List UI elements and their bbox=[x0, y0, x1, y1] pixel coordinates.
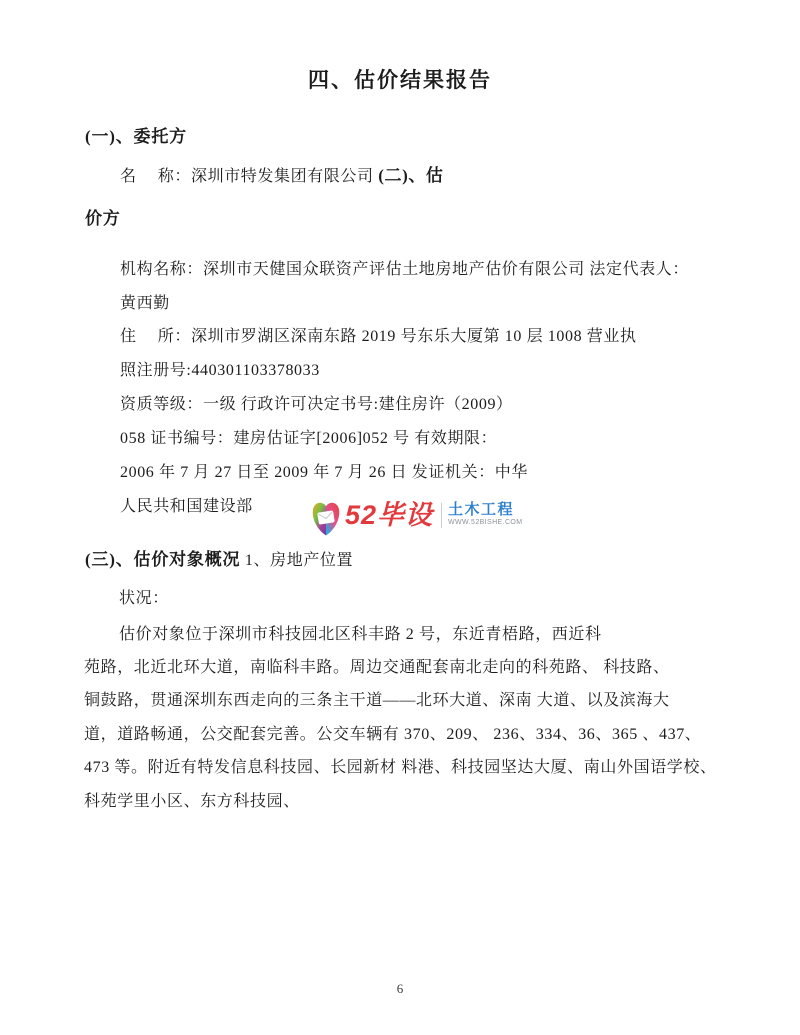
section-heading-overview-bold: (三)、估价对象概况 bbox=[85, 550, 240, 569]
location-para-line-5: 473 等。附近有特发信息科技园、长园新材 料港、科技园坚达大厦、南山外国语学校… bbox=[84, 757, 717, 779]
client-name-text: 名 称：深圳市特发集团有限公司 bbox=[120, 168, 378, 185]
logo-url-text: WWW.52BISHE.COM bbox=[448, 518, 522, 527]
section-heading-gujiafang-part1: (二)、估 bbox=[378, 166, 443, 185]
client-name-line: 名 称：深圳市特发集团有限公司 (二)、估 bbox=[120, 165, 444, 188]
location-para-line-4: 道，道路畅通，公交配套完善。公交车辆有 370、209、 236、334、36、… bbox=[84, 724, 701, 746]
brand-heart-icon bbox=[311, 500, 341, 542]
address-line: 住 所：深圳市罗湖区深南东路 2019 号东乐大厦第 10 层 1008 营业执 bbox=[120, 326, 637, 348]
license-number-line: 照注册号:440301103378033 bbox=[120, 360, 320, 382]
status-label: 状况： bbox=[119, 588, 169, 610]
certificate-line: 058 证书编号：建房估证字[2006]052 号 有效期限： bbox=[120, 428, 497, 450]
section-heading-weituofang: (一)、委托方 bbox=[85, 126, 187, 148]
section-heading-gujiafang-part2: 价方 bbox=[85, 208, 121, 230]
section-heading-overview-normal: 1、房地产位置 bbox=[240, 552, 353, 569]
52bishe-logo: 52毕设 土木工程 WWW.52BISHE.COM bbox=[311, 497, 523, 542]
legal-rep-line: 黄西勤 bbox=[120, 293, 170, 315]
page-title: 四、估价结果报告 bbox=[0, 64, 800, 94]
logo-divider bbox=[441, 503, 442, 528]
issuing-authority-line: 人民共和国建设部 bbox=[120, 496, 253, 518]
location-para-line-1: 估价对象位于深圳市科技园北区科丰路 2 号，东近青梧路，西近科 bbox=[119, 624, 602, 646]
logo-brand-text: 52毕设 bbox=[345, 497, 433, 533]
section-heading-overview: (三)、估价对象概况 1、房地产位置 bbox=[85, 549, 353, 572]
validity-period-line: 2006 年 7 月 27 日至 2009 年 7 月 26 日 发证机关：中华 bbox=[120, 462, 528, 484]
agency-name-line: 机构名称：深圳市天健国众联资产评估土地房地产估价有限公司 法定代表人： bbox=[120, 259, 689, 281]
page-number: 6 bbox=[0, 981, 800, 997]
location-para-line-2: 苑路，北近北环大道，南临科丰路。周边交通配套南北走向的科苑路、 科技路、 bbox=[84, 657, 670, 679]
location-para-line-3: 铜鼓路，贯通深圳东西走向的三条主干道——北环大道、深南 大道、以及滨海大 bbox=[84, 690, 670, 712]
qualification-line: 资质等级：一级 行政许可决定书号:建住房许（2009） bbox=[120, 394, 513, 416]
report-page: 四、估价结果报告 (一)、委托方 名 称：深圳市特发集团有限公司 (二)、估 价… bbox=[0, 0, 800, 1035]
location-para-line-6: 科苑学里小区、东方科技园、 bbox=[84, 791, 300, 813]
logo-right-block: 土木工程 WWW.52BISHE.COM bbox=[448, 502, 522, 527]
logo-tagline-text: 土木工程 bbox=[448, 502, 522, 518]
